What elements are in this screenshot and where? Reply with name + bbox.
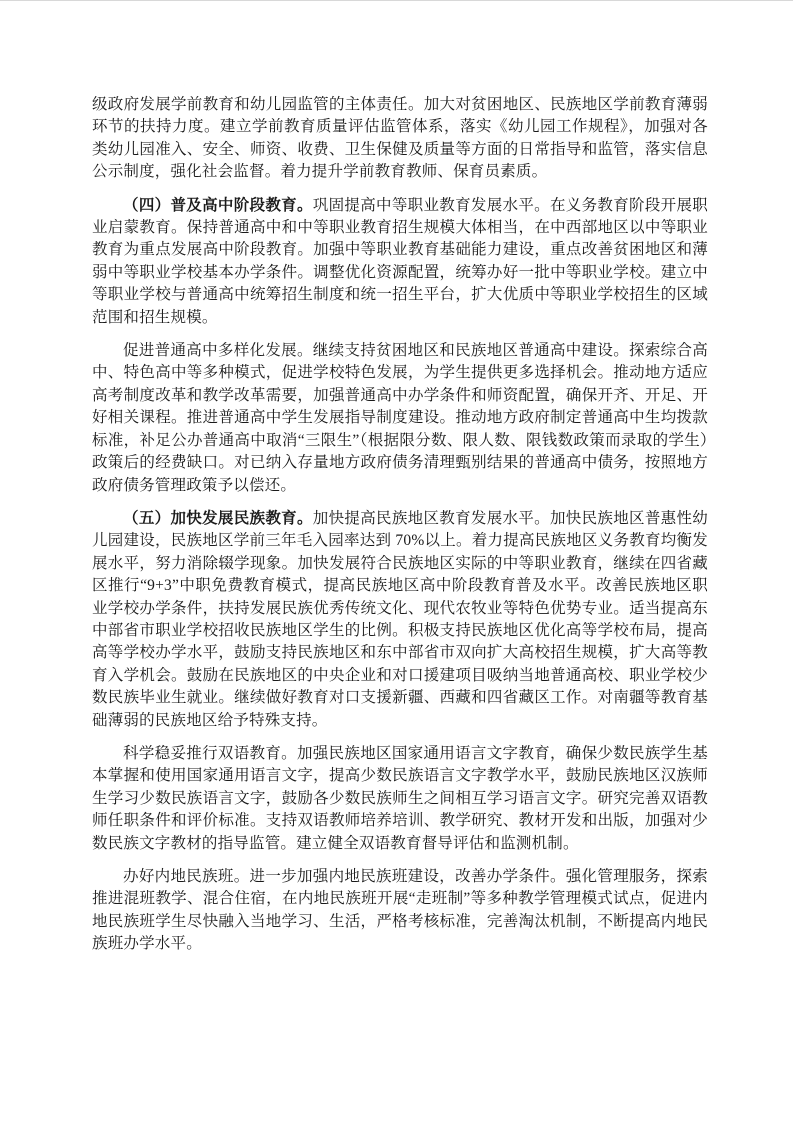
document-page: 级政府发展学前教育和幼儿园监管的主体责任。加大对贫困地区、民族地区学前教育薄弱环… bbox=[0, 0, 793, 1122]
section-heading: （五）加快发展民族教育。 bbox=[123, 510, 313, 527]
paragraph-4: （五）加快发展民族教育。加快提高民族地区教育发展水平。加快民族地区普惠性幼儿园建… bbox=[92, 508, 708, 732]
paragraph-text: 科学稳妥推行双语教育。加强民族地区国家通用语言文字教育，确保少数民族学生基本掌握… bbox=[92, 745, 708, 852]
paragraph-text: 巩固提高中等职业教育发展水平。在义务教育阶段开展职业启蒙教育。保持普通高中和中等… bbox=[92, 197, 708, 326]
paragraph-text: 级政府发展学前教育和幼儿园监管的主体责任。加大对贫困地区、民族地区学前教育薄弱环… bbox=[92, 96, 708, 180]
paragraph-2: （四）普及高中阶段教育。巩固提高中等职业教育发展水平。在义务教育阶段开展职业启蒙… bbox=[92, 195, 708, 329]
paragraph-5: 科学稳妥推行双语教育。加强民族地区国家通用语言文字教育，确保少数民族学生基本掌握… bbox=[92, 743, 708, 855]
paragraph-6: 办好内地民族班。进一步加强内地民族班建设，改善办学条件。强化管理服务，探索推进混… bbox=[92, 866, 708, 956]
paragraph-3: 促进普通高中多样化发展。继续支持贫困地区和民族地区普通高中建设。探索综合高中、特… bbox=[92, 340, 708, 497]
paragraph-1: 级政府发展学前教育和幼儿园监管的主体责任。加大对贫困地区、民族地区学前教育薄弱环… bbox=[92, 94, 708, 184]
paragraph-text: 加快提高民族地区教育发展水平。加快民族地区普惠性幼儿园建设，民族地区学前三年毛入… bbox=[92, 510, 708, 729]
section-heading: （四）普及高中阶段教育。 bbox=[123, 197, 313, 214]
paragraph-text: 促进普通高中多样化发展。继续支持贫困地区和民族地区普通高中建设。探索综合高中、特… bbox=[92, 342, 708, 493]
paragraph-text: 办好内地民族班。进一步加强内地民族班建设，改善办学条件。强化管理服务，探索推进混… bbox=[92, 868, 708, 952]
document-body: 级政府发展学前教育和幼儿园监管的主体责任。加大对贫困地区、民族地区学前教育薄弱环… bbox=[92, 94, 708, 967]
